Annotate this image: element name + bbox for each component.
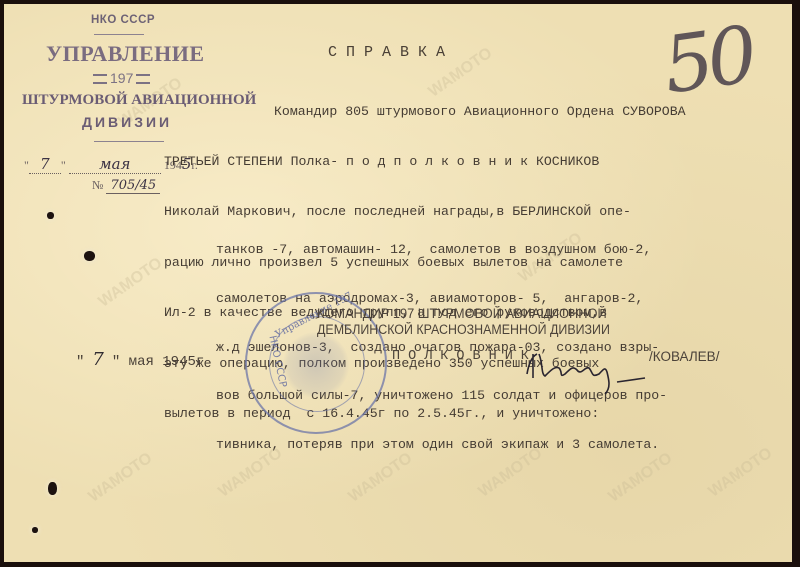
decorative-bars xyxy=(93,74,107,84)
signature-title-line2: ДЕМБЛИНСКОЙ КРАСНОЗНАМЕННОЙ ДИВИЗИИ xyxy=(317,322,610,337)
header-divider xyxy=(94,34,144,35)
document-title: СПРАВКА xyxy=(328,44,454,61)
results-line: танков -7, автомашин- 12, самолетов в во… xyxy=(216,242,667,258)
body-line: ТРЕТЬЕЙ СТЕПЕНИ Полка- п о д п о л к о в… xyxy=(164,154,686,171)
bottom-date: "7" мая 1945г xyxy=(76,349,204,370)
signature-rank: ПОЛКОВНИК xyxy=(392,349,537,364)
header-org: НКО СССР xyxy=(91,14,155,26)
document-page: WAMOTO WAMOTO WAMOTO WAMOTO WAMOTO WAMOT… xyxy=(4,4,792,562)
bottom-date-day: 7 xyxy=(84,349,111,370)
header-division-line2: ДИВИЗИИ xyxy=(82,114,172,130)
watermark: WAMOTO xyxy=(705,445,776,502)
punch-hole xyxy=(48,482,57,495)
header-department: УПРАВЛЕНИЕ xyxy=(46,41,205,67)
punch-hole xyxy=(84,251,95,261)
date-month: мая xyxy=(99,155,130,173)
number-value: 705/45 xyxy=(106,178,160,194)
watermark: WAMOTO xyxy=(85,450,156,507)
emblem-icon xyxy=(283,332,349,398)
header-division-number: 197 xyxy=(90,70,153,86)
body-line: Командир 805 штурмового Авиационного Орд… xyxy=(164,104,686,121)
results-line: тивника, потеряв при этом один свой экип… xyxy=(216,437,667,453)
number-label: № xyxy=(92,178,103,192)
signatory-name: /КОВАЛЕВ/ xyxy=(649,349,719,364)
signature-title-line1: КОМАНДИР 197 ШТУРМОВОЙ АВИАЦИОННОЙ xyxy=(317,306,607,321)
punch-hole xyxy=(32,527,38,533)
punch-hole xyxy=(47,212,54,219)
watermark: WAMOTO xyxy=(95,255,166,312)
handwritten-signature xyxy=(519,344,649,399)
quote: " xyxy=(112,354,120,370)
header-number: № 705/45 xyxy=(92,178,160,193)
bottom-date-text: мая 1945г xyxy=(129,354,205,370)
date-day: 7 xyxy=(40,155,50,173)
header-divider xyxy=(94,141,164,142)
division-number: 197 xyxy=(110,70,133,86)
decorative-bars xyxy=(136,74,150,84)
